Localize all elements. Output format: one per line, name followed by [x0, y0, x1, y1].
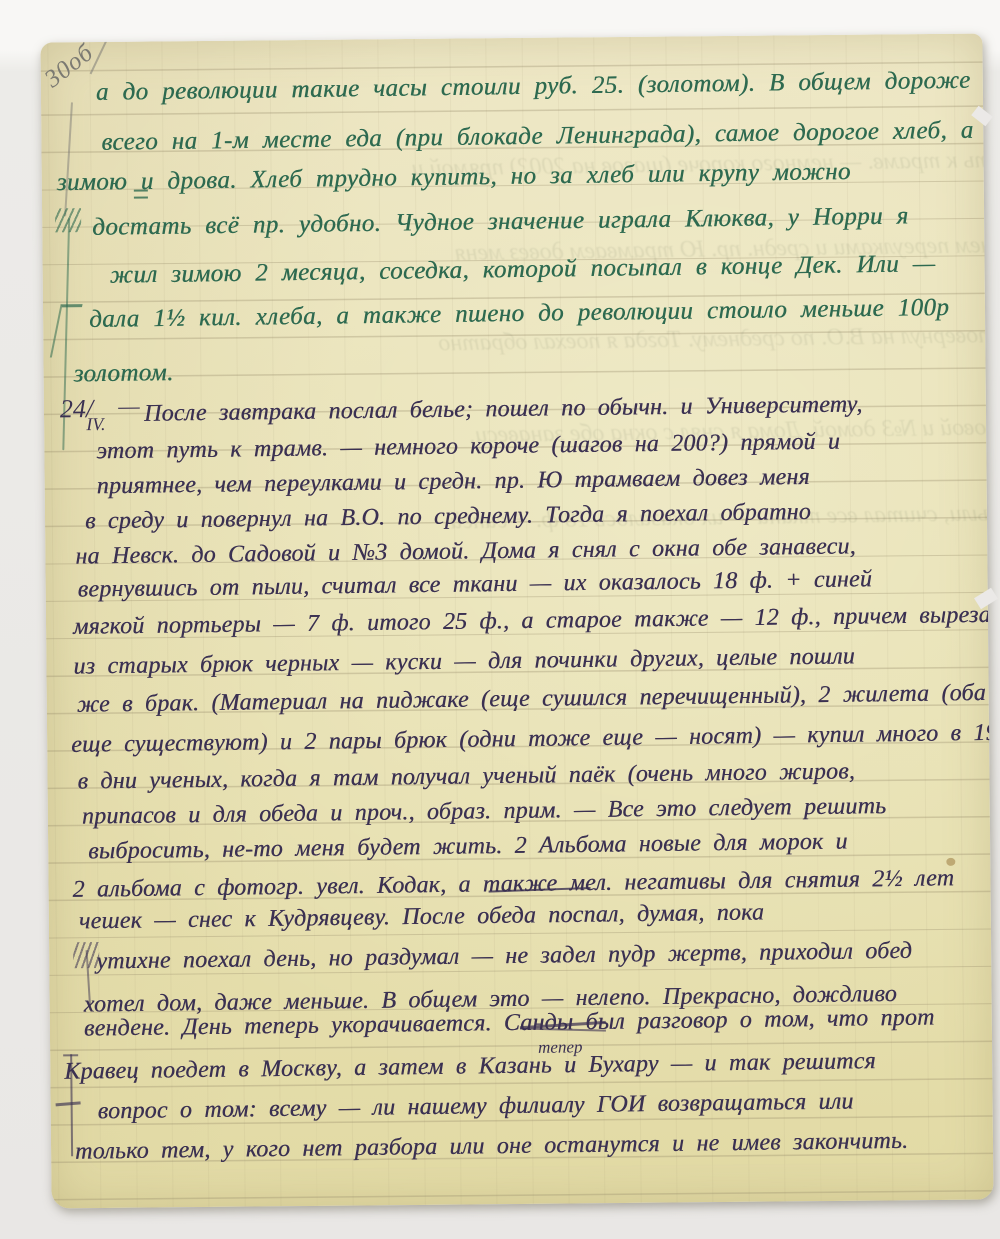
handwritten-line: золотом.	[73, 359, 173, 388]
entry-date-month: IV.	[86, 414, 105, 435]
dark-margin-line-serif	[63, 1054, 78, 1056]
entry-date: 24/IV.—	[60, 394, 134, 425]
entry-date-dash: —	[118, 394, 140, 421]
manuscript-paper: этот путь к трамв. — немного короче (шаг…	[40, 34, 993, 1209]
correction-word: тепер	[538, 1037, 583, 1057]
scanned-page-background: этот путь к трамв. — немного короче (шаг…	[0, 0, 1000, 1239]
